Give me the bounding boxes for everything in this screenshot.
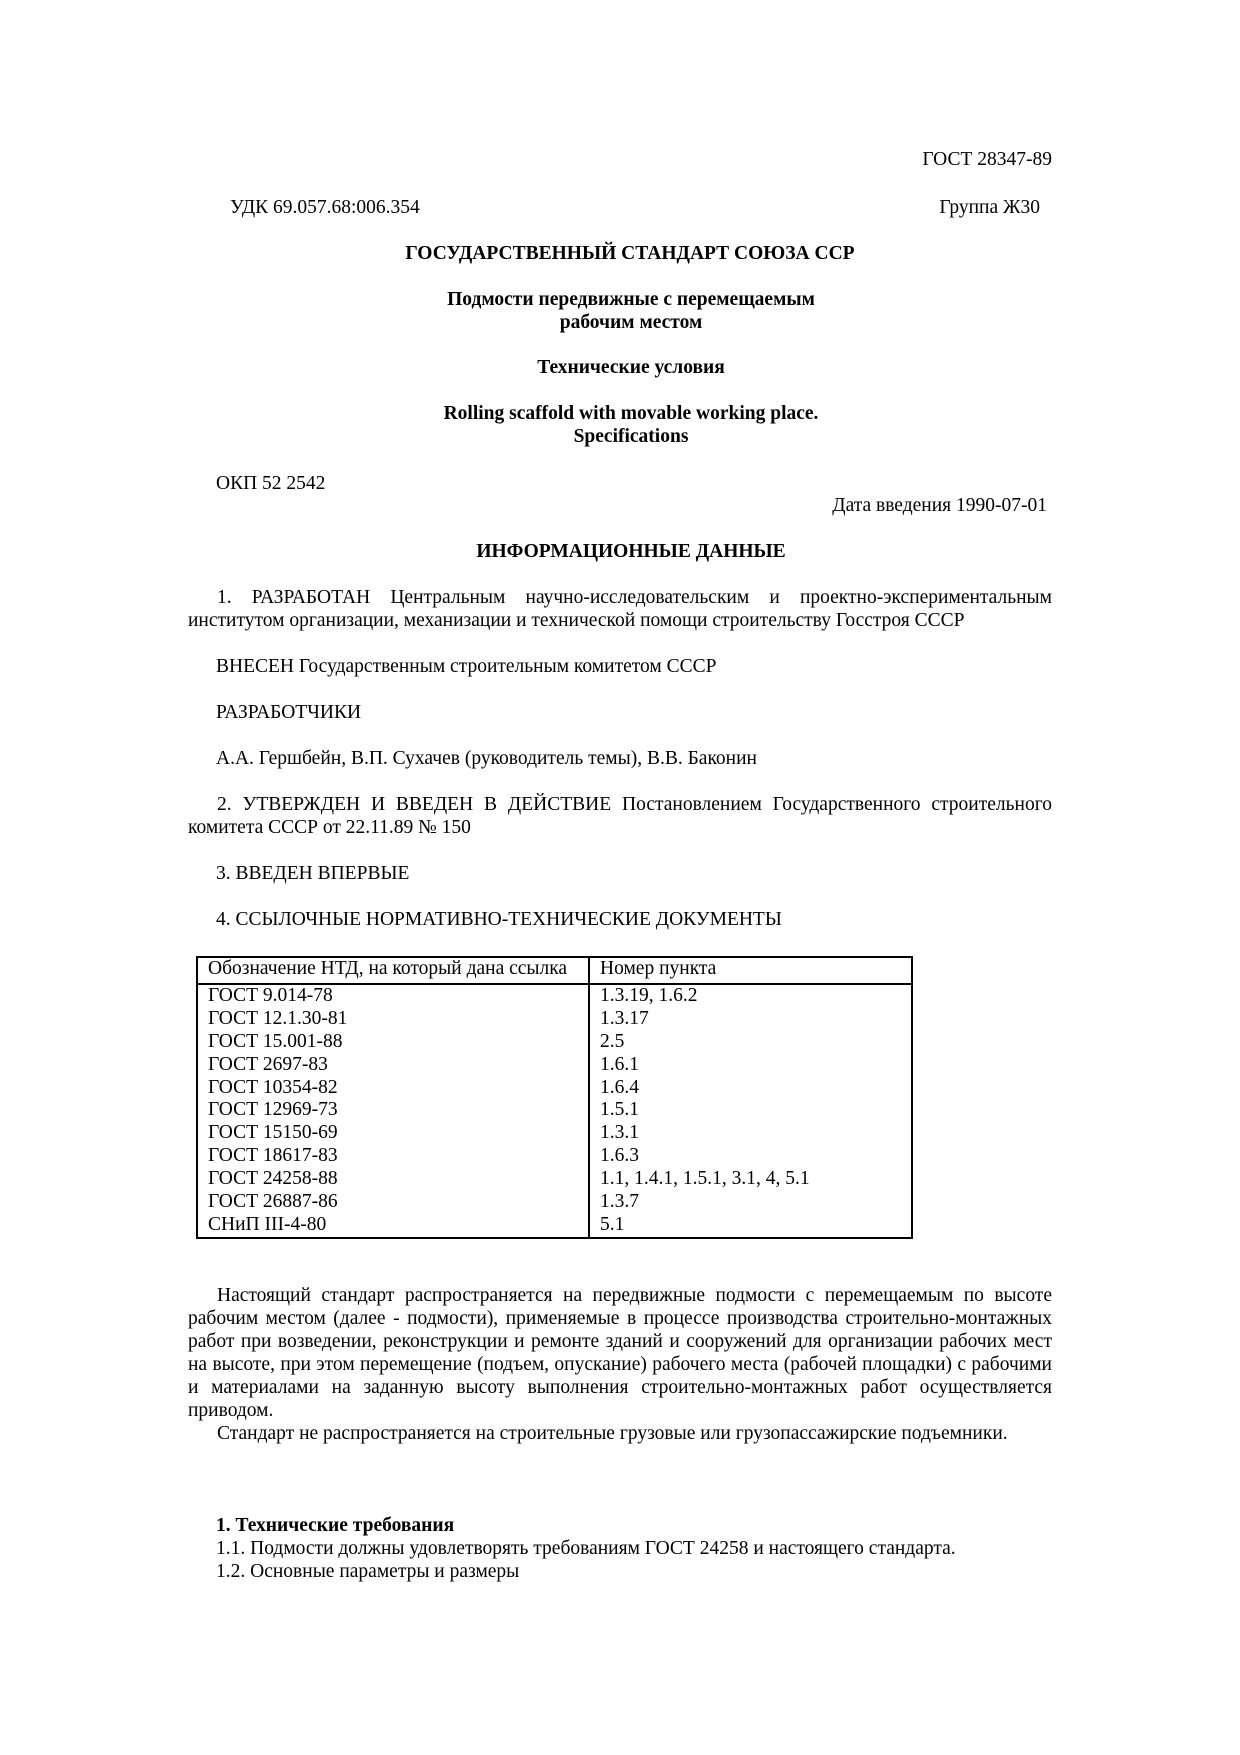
ntd-designation-cell: ГОСТ 2697-83 [197, 1054, 589, 1077]
clause-number-cell: 1.6.1 [589, 1054, 912, 1077]
clause-number-cell: 1.3.7 [589, 1191, 912, 1214]
info-approved: 2. УТВЕРЖДЕН И ВВЕДЕН В ДЕЙСТВИЕ Постано… [188, 793, 1052, 839]
document-title-en: Rolling scaffold with movable working pl… [0, 402, 1240, 448]
clause-number-cell: 1.3.1 [589, 1122, 912, 1145]
ntd-designation-cell: ГОСТ 9.014-78 [197, 984, 589, 1008]
clause-number-cell: 1.1, 1.4.1, 1.5.1, 3.1, 4, 5.1 [589, 1168, 912, 1191]
ntd-designation-cell: ГОСТ 15150-69 [197, 1122, 589, 1145]
info-references-heading: 4. ССЫЛОЧНЫЕ НОРМАТИВНО-ТЕХНИЧЕСКИЕ ДОКУ… [216, 908, 1052, 931]
ntd-designation-cell: ГОСТ 12969-73 [197, 1099, 589, 1122]
title-en-line-1: Rolling scaffold with movable working pl… [0, 402, 1240, 425]
table-header-row: Обозначение НТД, на который дана ссылка … [197, 957, 912, 984]
table-row: ГОСТ 18617-831.6.3 [197, 1145, 912, 1168]
clause-number-cell: 1.5.1 [589, 1099, 912, 1122]
ntd-designation-cell: ГОСТ 10354-82 [197, 1077, 589, 1100]
table-row: ГОСТ 24258-881.1, 1.4.1, 1.5.1, 3.1, 4, … [197, 1168, 912, 1191]
okp-code: ОКП 52 2542 [216, 472, 325, 495]
table-row: ГОСТ 26887-861.3.7 [197, 1191, 912, 1214]
references-table: Обозначение НТД, на который дана ссылка … [196, 956, 913, 1239]
gost-code: ГОСТ 28347-89 [922, 148, 1052, 171]
table-row: СНиП III-4-805.1 [197, 1214, 912, 1238]
clause-number-cell: 1.3.17 [589, 1008, 912, 1031]
group-code: Группа Ж30 [939, 196, 1040, 219]
scope-exclusion-paragraph: Стандарт не распространяется на строител… [188, 1422, 1052, 1445]
table-row: ГОСТ 15150-691.3.1 [197, 1122, 912, 1145]
table-row: ГОСТ 2697-831.6.1 [197, 1054, 912, 1077]
ntd-designation-cell: СНиП III-4-80 [197, 1214, 589, 1238]
ntd-designation-cell: ГОСТ 12.1.30-81 [197, 1008, 589, 1031]
info-introduced-by: ВНЕСЕН Государственным строительным коми… [216, 655, 1052, 678]
title-en-line-2: Specifications [0, 425, 1240, 448]
info-developers-label: РАЗРАБОТЧИКИ [216, 701, 1052, 724]
intro-date: Дата введения 1990-07-01 [832, 494, 1047, 517]
table-row: ГОСТ 12.1.30-811.3.17 [197, 1008, 912, 1031]
header-clause-number: Номер пункта [589, 957, 912, 984]
table-row: ГОСТ 9.014-781.3.19, 1.6.2 [197, 984, 912, 1008]
info-heading: ИНФОРМАЦИОННЫЕ ДАННЫЕ [0, 540, 1240, 563]
clause-number-cell: 1.3.19, 1.6.2 [589, 984, 912, 1008]
ntd-designation-cell: ГОСТ 26887-86 [197, 1191, 589, 1214]
clause-1-1: 1.1. Подмости должны удовлетворять требо… [216, 1537, 956, 1560]
header-ntd-designation: Обозначение НТД, на который дана ссылка [197, 957, 589, 984]
clause-1-2: 1.2. Основные параметры и размеры [216, 1560, 519, 1583]
udk-code: УДК 69.057.68:006.354 [230, 196, 420, 219]
info-first-introduced: 3. ВВЕДЕН ВПЕРВЫЕ [216, 862, 1052, 885]
title-line-1: Подмости передвижные с перемещаемым [0, 288, 1240, 311]
ntd-designation-cell: ГОСТ 24258-88 [197, 1168, 589, 1191]
clause-number-cell: 5.1 [589, 1214, 912, 1238]
title-line-2: рабочим местом [0, 311, 1240, 334]
info-developed-by: 1. РАЗРАБОТАН Центральным научно-исследо… [188, 586, 1052, 632]
clause-number-cell: 2.5 [589, 1031, 912, 1054]
document-subtitle: Технические условия [0, 356, 1240, 379]
table-row: ГОСТ 10354-821.6.4 [197, 1077, 912, 1100]
scope-section: Настоящий стандарт распространяется на п… [188, 1284, 1052, 1445]
scope-paragraph: Настоящий стандарт распространяется на п… [188, 1284, 1052, 1422]
table-row: ГОСТ 12969-731.5.1 [197, 1099, 912, 1122]
clause-number-cell: 1.6.3 [589, 1145, 912, 1168]
ntd-designation-cell: ГОСТ 15.001-88 [197, 1031, 589, 1054]
section-1-heading: 1. Технические требования [216, 1514, 454, 1537]
clause-number-cell: 1.6.4 [589, 1077, 912, 1100]
info-developers: А.А. Гершбейн, В.П. Сухачев (руководител… [216, 747, 1052, 770]
state-standard-heading: ГОСУДАРСТВЕННЫЙ СТАНДАРТ СОЮЗА ССР [0, 242, 1240, 265]
table-row: ГОСТ 15.001-882.5 [197, 1031, 912, 1054]
document-title: Подмости передвижные с перемещаемым рабо… [0, 288, 1240, 334]
ntd-designation-cell: ГОСТ 18617-83 [197, 1145, 589, 1168]
